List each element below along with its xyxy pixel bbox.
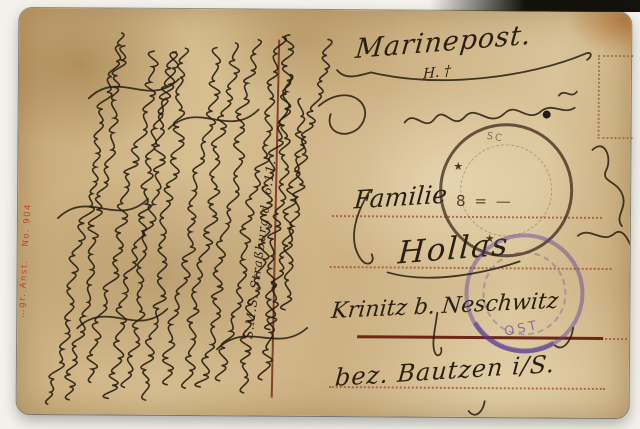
imprint-number: No. 904	[21, 203, 34, 247]
postcard: …gr. Anst. No. 904 Marinepost. H. † Fami…	[17, 8, 632, 418]
postmark-letters: SC	[486, 131, 505, 145]
ink-blot	[543, 111, 551, 119]
marinepost-heading: Marinepost.	[354, 20, 533, 65]
address-line-familie: Familie	[353, 180, 448, 215]
postmark-date-glyphs: 8 = —	[456, 192, 513, 210]
ink-flourish-stroke	[169, 109, 259, 130]
black-postmark-inner-ring	[460, 144, 553, 237]
stamp-box	[598, 55, 634, 139]
kurrent-column-stroke	[240, 35, 294, 394]
kurrent-column-stroke	[182, 43, 240, 389]
imprint-publisher: …gr. Anst.	[17, 259, 30, 318]
ink-flourish-stroke	[319, 95, 366, 134]
kurrent-column-stroke	[121, 51, 178, 387]
kurrent-column-stroke	[65, 45, 126, 400]
ink-flourish-stroke	[89, 78, 179, 99]
ink-flourish-stroke	[578, 232, 632, 249]
purple-stamp-circle: OST	[464, 233, 585, 354]
kurrent-column-stroke	[163, 47, 221, 385]
kurrent-column-stroke	[46, 32, 124, 404]
ink-flourish-stroke	[559, 92, 577, 96]
photo-background: …gr. Anst. No. 904 Marinepost. H. † Fami…	[0, 0, 640, 429]
kurrent-column-stroke	[195, 39, 261, 387]
kurrent-script-strokes	[46, 32, 332, 406]
ink-flourish-stroke	[405, 107, 575, 125]
center-divider-line	[271, 40, 280, 398]
address-rule-3-dotted	[605, 338, 627, 340]
kurrent-column-stroke	[103, 52, 177, 399]
kurrent-column-stroke	[258, 39, 332, 380]
publisher-imprint: …gr. Anst. No. 904	[17, 68, 42, 318]
kurrent-column-stroke	[265, 74, 293, 329]
ink-flourish-stroke	[58, 198, 148, 219]
postmark-star-icon: ★	[453, 160, 463, 173]
address-line-bautzen: bez. Bautzen i/S.	[334, 350, 556, 392]
ink-flourish-stroke	[592, 146, 624, 226]
ink-flourish-stroke	[469, 401, 485, 415]
kurrent-column-stroke	[281, 98, 307, 309]
kurrent-column-stroke	[87, 51, 158, 383]
ink-flourish-stroke	[77, 308, 167, 329]
ink-flourish-stroke	[217, 327, 307, 350]
kurrent-column-stroke	[141, 48, 189, 401]
heading-subscript: H. †	[423, 63, 452, 83]
